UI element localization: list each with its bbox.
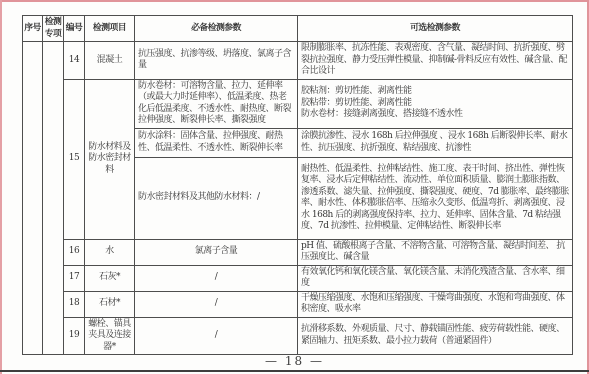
row18-item-cell: 石材* — [85, 291, 135, 317]
table-row: 19 螺栓、锚具夹具及连接器* / 抗滑移系数、外观质量、尺寸、静载锚固性能、疲… — [23, 317, 573, 355]
row18-no-cell: 18 — [64, 291, 85, 317]
left-edge-line — [0, 0, 2, 374]
row15-sub3-required-cell: 防水密封材料及其他防水材料：/ — [135, 157, 298, 239]
row19-optional-cell: 抗滑移系数、外观质量、尺寸、静载锚固性能、疲劳荷载性能、硬度、紧固轴力、扭矩系数… — [298, 317, 573, 355]
row18-required-cell: / — [135, 291, 298, 317]
specialty-column-empty-cell — [43, 42, 64, 355]
row14-optional-cell: 限制膨胀率、抗冻性能、表观密度、含气量、凝结时间、抗折强度、劈裂抗拉强度、静力受… — [298, 42, 573, 80]
row17-required-cell: / — [135, 265, 298, 291]
row16-item-cell: 水 — [85, 239, 135, 265]
seq-column-empty-cell — [23, 42, 43, 355]
header-seq: 序号 — [23, 16, 43, 42]
row15-sub2-optional-cell: 涂膜抗渗性、浸水 168h 后拉伸强度 、浸水 168h 后断裂伸长率、耐水性、… — [298, 128, 573, 157]
row15-item-cell: 防水材料及防水密封材料 — [85, 79, 135, 239]
row19-required-cell: / — [135, 317, 298, 355]
table-row: 14 混凝土 抗压强度、抗渗等级、坍落度、氯离子含量 限制膨胀率、抗冻性能、表观… — [23, 42, 573, 80]
parameters-table: 序号 检测专项 编号 检测项目 必备检测参数 可选检测参数 14 混凝土 抗压强… — [22, 15, 573, 355]
header-required: 必备检测参数 — [135, 16, 298, 42]
row15-sub1-required-cell: 防水卷材：可溶物含量、拉力、延伸率（或最大力时延伸率）、低温柔度、热老化后低温柔… — [135, 79, 298, 128]
header-optional: 可选检测参数 — [298, 16, 573, 42]
header-specialty: 检测专项 — [43, 16, 64, 42]
row17-no-cell: 17 — [64, 265, 85, 291]
row16-optional-cell: pH 值、硫酸根离子含量、不溶物含量、可溶物含量、凝结时间差、 抗压强度比、碱含… — [298, 239, 573, 265]
page-number: — 18 — — [0, 354, 589, 368]
row19-no-cell: 19 — [64, 317, 85, 355]
header-no: 编号 — [64, 16, 85, 42]
row16-no-cell: 16 — [64, 239, 85, 265]
row14-required-cell: 抗压强度、抗渗等级、坍落度、氯离子含量 — [135, 42, 298, 80]
optional-line: 防水卷材：接缝剥离强度、搭接缝不透水性 — [301, 109, 569, 121]
table-row: 17 石灰* / 有效氧化钙和氧化镁含量、氧化镁含量、未消化残渣含量、含水率、细… — [23, 265, 573, 291]
row19-item-cell: 螺栓、锚具夹具及连接器* — [85, 317, 135, 355]
row15-sub3-optional-cell: 耐热性、低温柔性、拉伸粘结性、施工度、表干时间、挤出性、弹性恢复率、浸水后定伸粘… — [298, 157, 573, 239]
row17-item-cell: 石灰* — [85, 265, 135, 291]
row14-no-cell: 14 — [64, 42, 85, 80]
bottom-edge-line — [0, 370, 589, 372]
row15-no-cell: 15 — [64, 79, 85, 239]
table-row: 15 防水材料及防水密封材料 防水卷材：可溶物含量、拉力、延伸率（或最大力时延伸… — [23, 79, 573, 128]
row18-optional-cell: 干燥压缩强度、水饱和压缩强度、干燥弯曲强度、水饱和弯曲强度、体积密度、吸水率 — [298, 291, 573, 317]
row14-item-cell: 混凝土 — [85, 42, 135, 80]
optional-line: 胶粘带：剪切性能、剥离性能 — [301, 98, 569, 110]
optional-line: 胶粘剂：剪切性能、剥离性能 — [301, 86, 569, 98]
row15-sub2-required-cell: 防水涂料：固体含量、拉伸强度、耐热性、低温柔性、不透水性、断裂伸长率 — [135, 128, 298, 157]
header-item: 检测项目 — [85, 16, 135, 42]
top-edge-line — [0, 0, 589, 2]
row17-optional-cell: 有效氧化钙和氧化镁含量、氧化镁含量、未消化残渣含量、含水率、细度 — [298, 265, 573, 291]
row16-required-cell: 氯离子含量 — [135, 239, 298, 265]
table-row: 18 石材* / 干燥压缩强度、水饱和压缩强度、干燥弯曲强度、水饱和弯曲强度、体… — [23, 291, 573, 317]
row15-sub1-optional-cell: 胶粘剂：剪切性能、剥离性能 胶粘带：剪切性能、剥离性能 防水卷材：接缝剥离强度、… — [298, 79, 573, 128]
table-row: 16 水 氯离子含量 pH 值、硫酸根离子含量、不溶物含量、可溶物含量、凝结时间… — [23, 239, 573, 265]
